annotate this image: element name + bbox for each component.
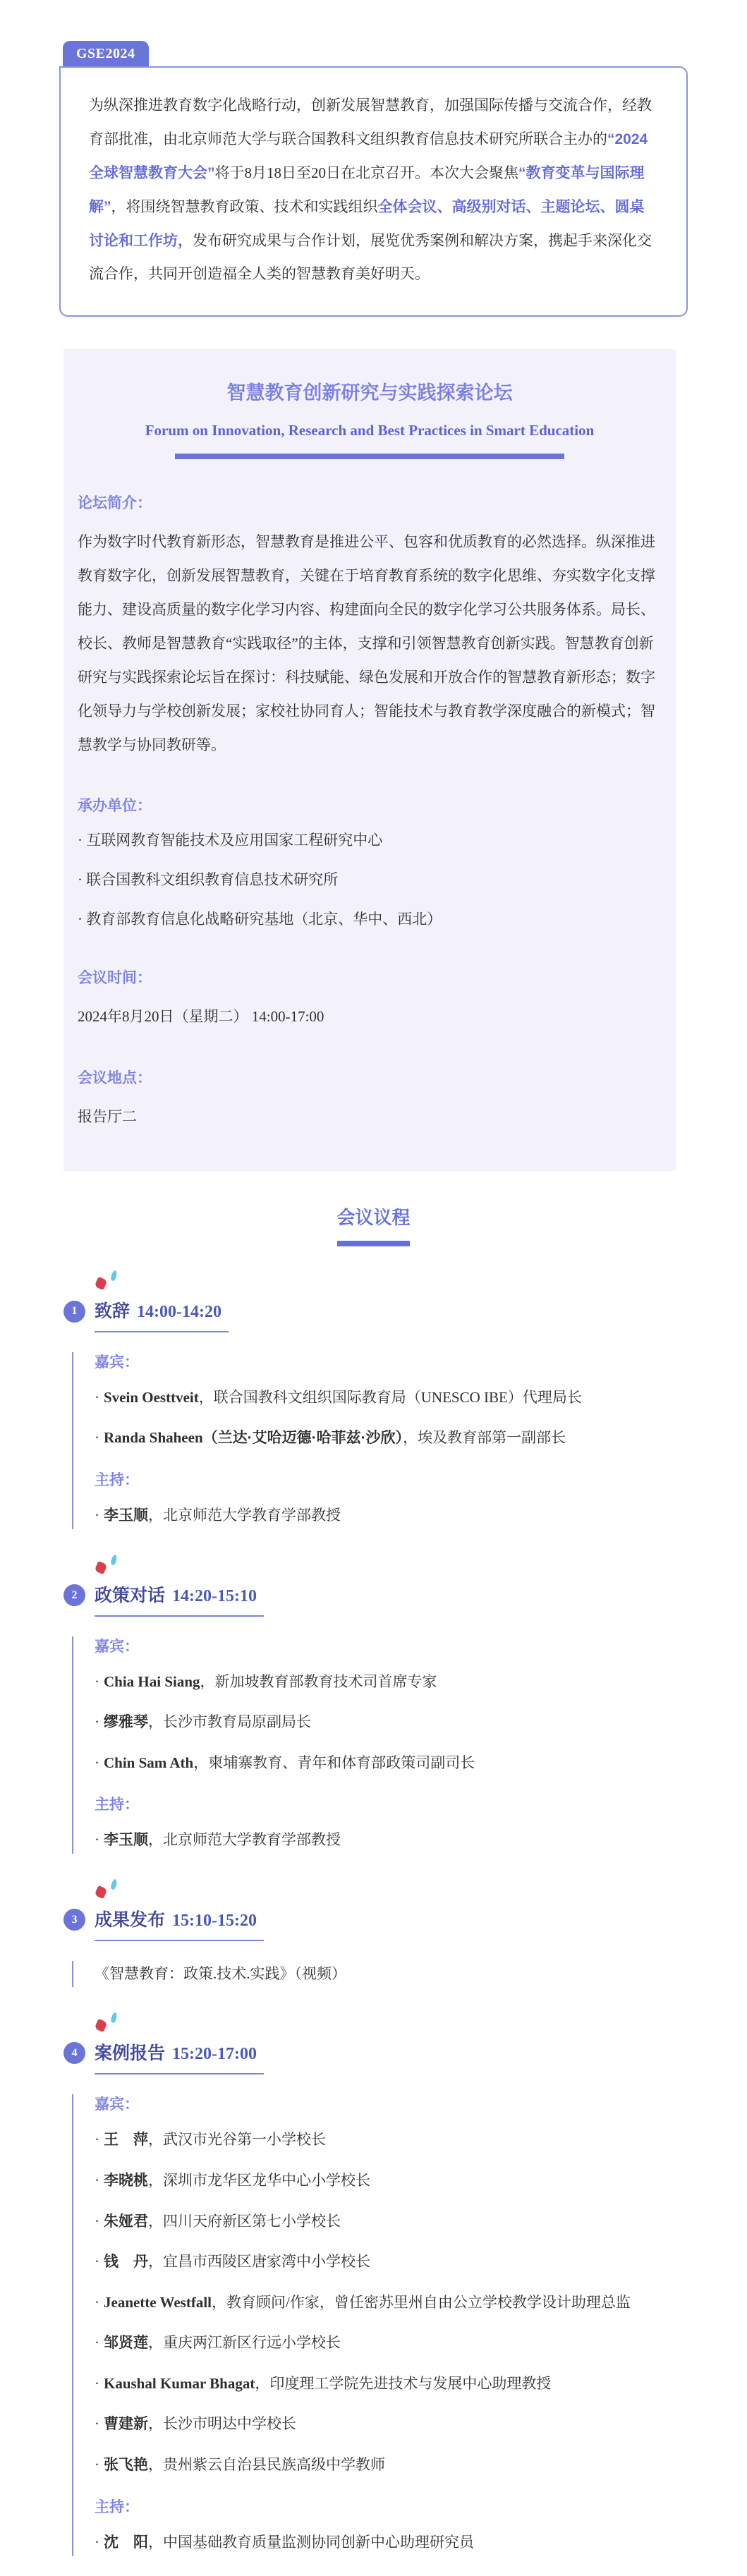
person-title: ，中国基础教育质量监测协同创新中心助理研究员 [148,2534,474,2551]
agenda-item-title: 致辞 [95,1301,130,1321]
agenda-item-header: 2政策对话14:20-15:10 [63,1581,747,1617]
forum-title-zh: 智慧教育创新研究与实践探索论坛 [78,377,662,405]
sparkle-red-shape [95,1277,108,1290]
agenda-item-header: 4案例报告15:20-17:00 [63,2039,747,2074]
agenda-item-time: 15:20-17:00 [172,2045,257,2063]
agenda-item-2: 2政策对话14:20-15:10嘉宾：·Chia Hai Siang，新加坡教育… [0,1555,747,1855]
person-title: ，长沙市教育局原副局长 [148,1713,311,1730]
bullet-dot: · [95,1429,99,1446]
agenda-item-1: 1致辞14:00-14:20嘉宾：·Svein Oesttveit，联合国教科文… [0,1270,747,1531]
person-title: ，北京师范大学教育学部教授 [148,1831,341,1848]
person-name: 沈 阳 [104,2534,148,2551]
sparkle-icon [95,1555,124,1576]
host-label: 主持： [95,1793,691,1814]
person-name: 缪雅琴 [104,1714,148,1730]
bullet-dot: · [95,2213,99,2230]
person-title: ，教育顾问/作家，曾任密苏里州自由公立学校教学设计助理总监 [212,2294,631,2311]
person-title: ，长沙市明达中学校长 [148,2415,296,2432]
person-name: Chia Hai Siang [104,1673,200,1690]
guests-label: 嘉宾： [95,2093,691,2114]
agenda-item-title-underlined: 致辞14:00-14:20 [95,1297,229,1332]
person-name: 张飞艳 [104,2457,148,2473]
agenda-item-title-underlined: 成果发布15:10-15:20 [95,1906,264,1941]
agenda-item-title: 案例报告 [95,2043,165,2063]
agenda-item-body: 《智慧教育：政策.技术.实践》（视频） [95,1960,691,1988]
agenda-number-badge: 3 [63,1909,85,1931]
bullet-dot: · [95,1713,99,1730]
meeting-venue-heading: 会议地点： [78,1067,662,1088]
organizer-item: · 互联网教育智能技术及应用国家工程研究中心 [78,825,662,855]
bullet-dot: · [95,2456,99,2473]
bullet-dot: · [95,2534,99,2551]
agenda-underline-bar [337,1241,410,1246]
bullet-dot: · [95,2294,99,2311]
guests-label: 嘉宾： [95,1635,691,1656]
bullet-dot: · [95,1754,99,1771]
sparkle-icon [95,2012,124,2034]
person-title: ，埃及教育部第一副部长 [403,1429,566,1446]
sparkle-red-shape [95,1561,108,1574]
item-plain-text: 《智慧教育：政策.技术.实践》（视频） [95,1960,691,1988]
agenda-item-body: 嘉宾：·Chia Hai Siang，新加坡教育部教育技术司首席专家·缪雅琴，长… [95,1635,691,1855]
organizer-item: · 教育部教育信息化战略研究基地（北京、华中、西北） [78,904,662,934]
agenda-item-title: 政策对话 [95,1586,165,1605]
person-line: ·沈 阳，中国基础教育质量监测协同创新中心助理研究员 [95,2528,691,2558]
title-underline-bar [175,454,564,459]
organizers-list: · 互联网教育智能技术及应用国家工程研究中心· 联合国教科文组织教育信息技术研究… [78,825,662,934]
agenda-items: 1致辞14:00-14:20嘉宾：·Svein Oesttveit，联合国教科文… [0,1270,747,2558]
person-title: ，宜昌市西陵区唐家湾中小学校长 [148,2253,370,2270]
sparkle-icon [95,1879,124,1900]
person-line: ·李玉顺，北京师范大学教育学部教授 [95,1825,691,1855]
person-name-translation: （兰达·艾哈迈德·哈菲兹·沙欣） [203,1430,403,1446]
article-page: GSE2024 为纵深推进教育数字化战略行动，创新发展智慧教育，加强国际传播与交… [0,0,747,2576]
person-line: ·朱娅君，四川天府新区第七小学校长 [95,2207,691,2237]
organizer-item: · 联合国教科文组织教育信息技术研究所 [78,865,662,894]
person-title: ，武汉市光谷第一小学校长 [148,2131,326,2148]
person-line: ·Jeanette Westfall，教育顾问/作家，曾任密苏里州自由公立学校教… [95,2288,691,2317]
person-name: 王 萍 [104,2132,148,2148]
bullet-dot: · [95,2172,99,2189]
person-name: Randa Shaheen [104,1429,203,1446]
agenda-item-time: 15:10-15:20 [172,1912,257,1930]
gse2024-badge: GSE2024 [63,41,149,66]
sparkle-red-shape [95,2018,108,2031]
person-title: ，联合国教科文组织国际教育局（UNESCO IBE）代理局长 [199,1389,582,1406]
host-label: 主持： [95,1469,691,1490]
agenda-item-body: 嘉宾：·王 萍，武汉市光谷第一小学校长·李晓桃，深圳市龙华区龙华中心小学校长·朱… [95,2093,691,2558]
forum-card: 智慧教育创新研究与实践探索论坛 Forum on Innovation, Res… [63,349,676,1171]
sparkle-blue-shape [110,1878,118,1890]
person-name: Jeanette Westfall [104,2294,212,2311]
person-title: ，北京师范大学教育学部教授 [148,1507,341,1524]
person-line: ·钱 丹，宜昌市西陵区唐家湾中小学校长 [95,2247,691,2277]
conference-intro-box: 为纵深推进教育数字化战略行动，创新发展智慧教育，加强国际传播与交流合作，经教育部… [59,66,688,317]
person-line: ·李晓桃，深圳市龙华区龙华中心小学校长 [95,2166,691,2196]
person-line: ·张飞艳，贵州紫云自治县民族高级中学教师 [95,2450,691,2480]
organizers-heading: 承办单位： [78,794,662,815]
person-name: Chin Sam Ath [104,1754,193,1771]
sparkle-red-shape [95,1885,108,1898]
person-name: 李玉顺 [104,1832,148,1848]
intro-segment: 将于8月18日至20日在北京召开。本次大会聚焦 [215,164,519,181]
agenda-item-title: 成果发布 [95,1910,165,1930]
bullet-dot: · [95,1507,99,1524]
person-line: ·缪雅琴，长沙市教育局原副局长 [95,1708,691,1737]
bullet-dot: · [95,2131,99,2148]
forum-title-en: Forum on Innovation, Research and Best P… [78,422,662,439]
sparkle-blue-shape [110,2012,118,2023]
person-title: ，深圳市龙华区龙华中心小学校长 [148,2172,370,2189]
agenda-item-header: 1致辞14:00-14:20 [63,1297,747,1332]
bullet-dot: · [95,2375,99,2392]
agenda-item-body: 嘉宾：·Svein Oesttveit，联合国教科文组织国际教育局（UNESCO… [95,1351,691,1531]
about-text: 作为数字时代教育新形态，智慧教育是推进公平、包容和优质教育的必然选择。纵深推进教… [78,525,662,762]
person-title: ，新加坡教育部教育技术司首席专家 [200,1673,437,1690]
person-name: 钱 丹 [104,2254,148,2270]
person-line: ·王 萍，武汉市光谷第一小学校长 [95,2125,691,2155]
meeting-time-value: 2024年8月20日（星期二） 14:00-17:00 [78,1000,662,1034]
agenda-number-badge: 2 [63,1584,85,1606]
person-name: 邹贤莲 [104,2335,148,2351]
person-name: 李晓桃 [104,2173,148,2189]
person-title: ，印度理工学院先进技术与发展中心助理教授 [255,2375,551,2392]
meeting-venue-value: 报告厅二 [78,1100,662,1134]
person-name: Svein Oesttveit [104,1389,199,1406]
person-name: 李玉顺 [104,1507,148,1524]
person-name: Kaushal Kumar Bhagat [104,2375,255,2392]
agenda-item-time: 14:00-14:20 [137,1303,221,1321]
bullet-dot: · [95,2334,99,2351]
intro-segment: ，将围绕智慧教育政策、技术和实践组织 [111,198,378,215]
agenda-item-3: 3成果发布15:10-15:20《智慧教育：政策.技术.实践》（视频） [0,1879,747,1988]
person-line: ·李玉顺，北京师范大学教育学部教授 [95,1501,691,1531]
conference-intro-text: 为纵深推进教育数字化战略行动，创新发展智慧教育，加强国际传播与交流合作，经教育部… [89,89,658,291]
person-name: 曹建新 [104,2416,148,2432]
bullet-dot: · [95,2253,99,2270]
agenda-number-badge: 1 [63,1301,85,1323]
agenda-item-header: 3成果发布15:10-15:20 [63,1906,747,1941]
person-line: ·Chin Sam Ath，柬埔寨教育、青年和体育部政策司副司长 [95,1749,691,1778]
sparkle-blue-shape [110,1270,118,1281]
person-line: ·Svein Oesttveit，联合国教科文组织国际教育局（UNESCO IB… [95,1383,691,1412]
bullet-dot: · [95,1673,99,1690]
agenda-item-4: 4案例报告15:20-17:00嘉宾：·王 萍，武汉市光谷第一小学校长·李晓桃，… [0,2012,747,2558]
person-line: ·邹贤莲，重庆两江新区行远小学校长 [95,2328,691,2358]
bullet-dot: · [95,1389,99,1406]
agenda-item-title-underlined: 案例报告15:20-17:00 [95,2039,264,2074]
agenda-title: 会议议程 [336,1203,410,1229]
person-title: ，柬埔寨教育、青年和体育部政策司副司长 [193,1754,475,1771]
person-line: ·曹建新，长沙市明达中学校长 [95,2410,691,2439]
about-heading: 论坛简介： [78,492,662,513]
person-name: 朱娅君 [104,2213,148,2230]
host-label: 主持： [95,2496,691,2517]
agenda-number-badge: 4 [63,2042,85,2064]
meeting-time-heading: 会议时间： [78,966,662,988]
person-line: ·Chia Hai Siang，新加坡教育部教育技术司首席专家 [95,1667,691,1696]
guests-label: 嘉宾： [95,1351,691,1372]
agenda-item-time: 14:20-15:10 [172,1587,257,1605]
sparkle-blue-shape [110,1554,118,1565]
bullet-dot: · [95,1831,99,1848]
person-title: ，贵州紫云自治县民族高级中学教师 [148,2456,385,2473]
intro-segment: 为纵深推进教育数字化战略行动，创新发展智慧教育，加强国际传播与交流合作，经教育部… [89,97,652,147]
sparkle-icon [95,1270,124,1292]
person-title: ，四川天府新区第七小学校长 [148,2213,341,2230]
person-line: ·Randa Shaheen（兰达·艾哈迈德·哈菲兹·沙欣），埃及教育部第一副部… [95,1423,691,1453]
bullet-dot: · [95,2415,99,2432]
agenda-item-title-underlined: 政策对话14:20-15:10 [95,1581,264,1617]
agenda-header: 会议议程 [0,1203,747,1246]
person-title: ，重庆两江新区行远小学校长 [148,2334,341,2351]
person-line: ·Kaushal Kumar Bhagat，印度理工学院先进技术与发展中心助理教… [95,2369,691,2398]
